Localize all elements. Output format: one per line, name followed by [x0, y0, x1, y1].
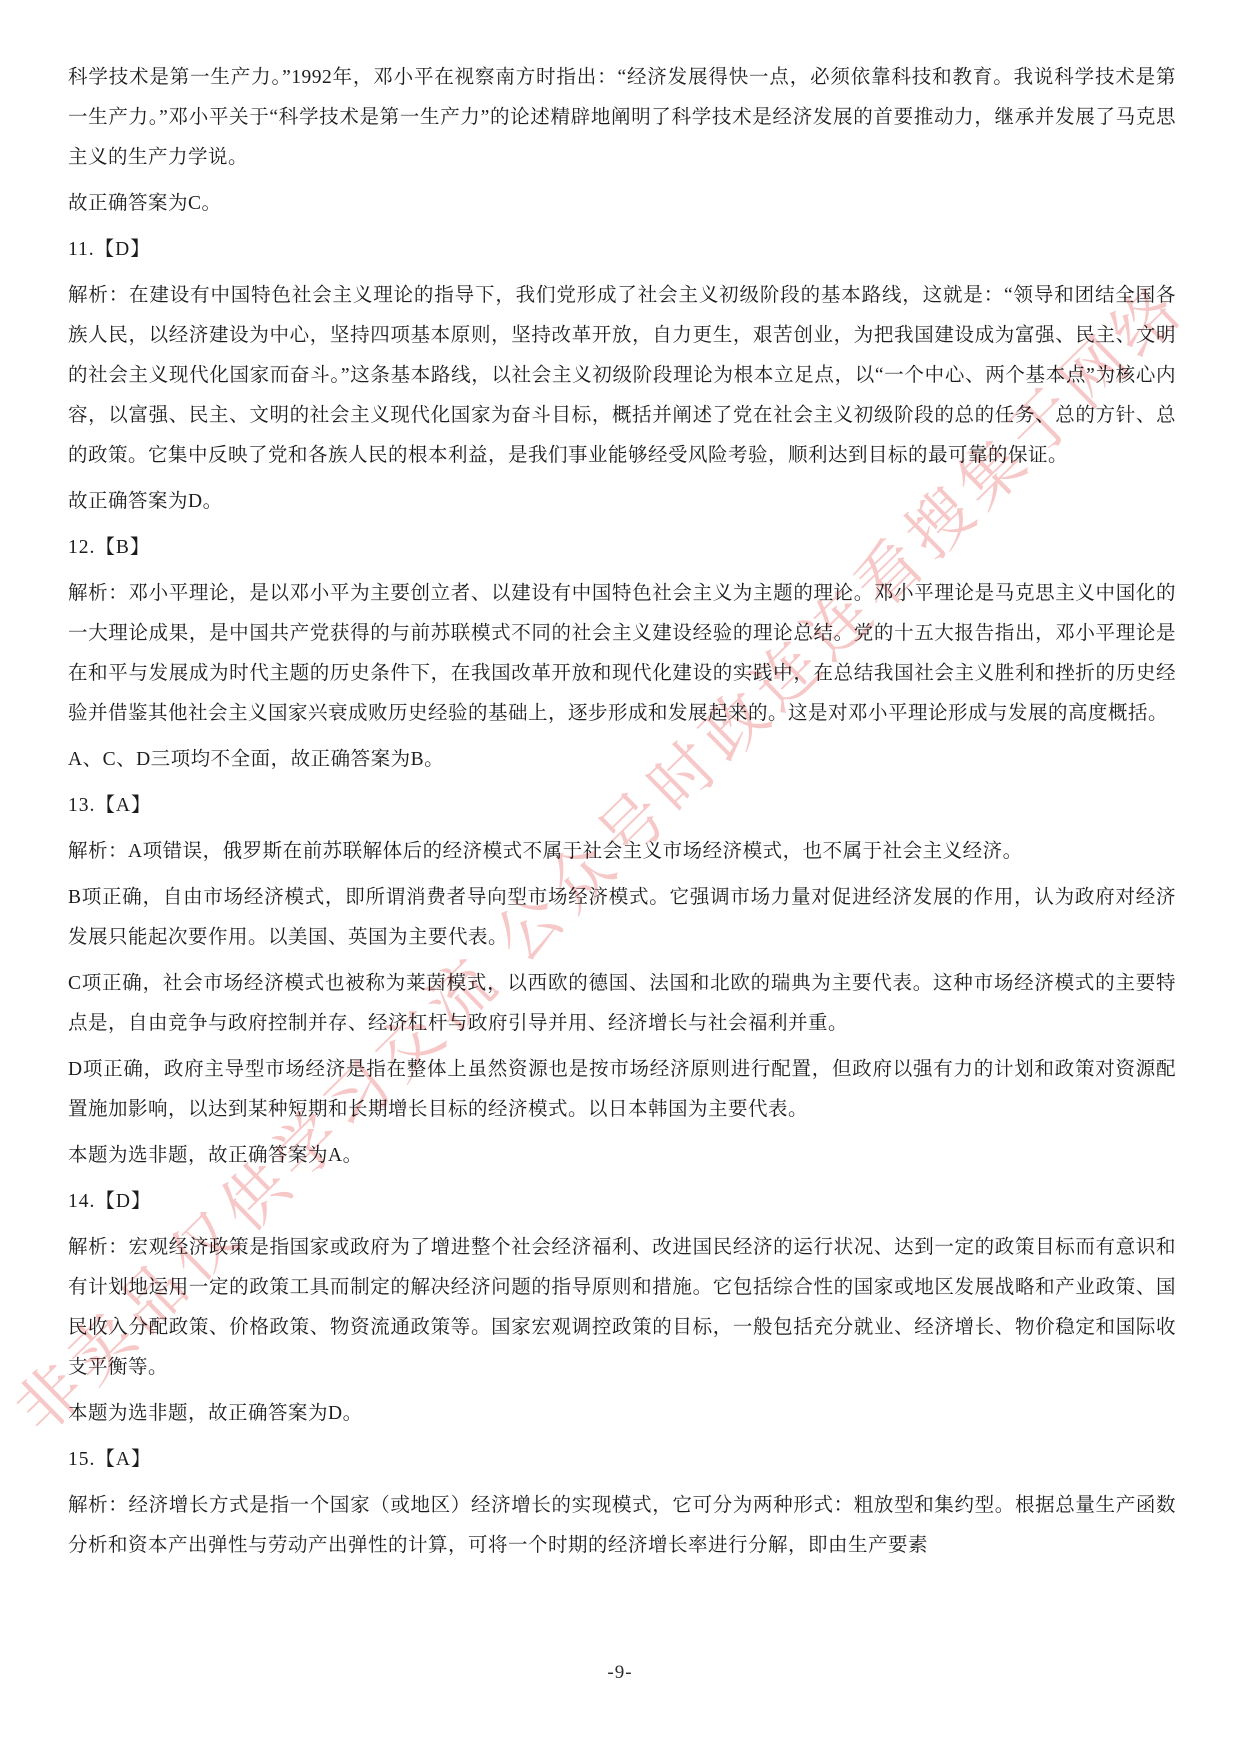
paragraph: D项正确，政府主导型市场经济是指在整体上虽然资源也是按市场经济原则进行配置，但政… — [68, 1050, 1176, 1130]
paragraph: 解析：在建设有中国特色社会主义理论的指导下，我们党形成了社会主义初级阶段的基本路… — [68, 276, 1176, 476]
paragraph: 故正确答案为C。 — [68, 184, 1176, 224]
paragraph: B项正确，自由市场经济模式，即所谓消费者导向型市场经济模式。它强调市场力量对促进… — [68, 878, 1176, 958]
answer-heading: 15.【A】 — [68, 1440, 1176, 1480]
paragraph: 本题为选非题，故正确答案为A。 — [68, 1136, 1176, 1176]
paragraph: C项正确，社会市场经济模式也被称为莱茵模式，以西欧的德国、法国和北欧的瑞典为主要… — [68, 964, 1176, 1044]
paragraph: 解析：邓小平理论，是以邓小平为主要创立者、以建设有中国特色社会主义为主题的理论。… — [68, 574, 1176, 734]
paragraph: 本题为选非题，故正确答案为D。 — [68, 1394, 1176, 1434]
answer-heading: 11.【D】 — [68, 230, 1176, 270]
document-content: 科学技术是第一生产力。”1992年，邓小平在视察南方时指出：“经济发展得快一点，… — [68, 58, 1176, 1572]
paragraph: 解析：宏观经济政策是指国家或政府为了增进整个社会经济福利、改进国民经济的运行状况… — [68, 1228, 1176, 1388]
paragraph: 解析：经济增长方式是指一个国家（或地区）经济增长的实现模式，它可分为两种形式：粗… — [68, 1486, 1176, 1566]
document-page: 非卖品仅供学习交流 公众号时政连连看搜集于网络 科学技术是第一生产力。”1992… — [0, 0, 1240, 1754]
answer-heading: 14.【D】 — [68, 1182, 1176, 1222]
paragraph: 故正确答案为D。 — [68, 482, 1176, 522]
paragraph: 科学技术是第一生产力。”1992年，邓小平在视察南方时指出：“经济发展得快一点，… — [68, 58, 1176, 178]
answer-heading: 12.【B】 — [68, 528, 1176, 568]
paragraph: 解析：A项错误，俄罗斯在前苏联解体后的经济模式不属于社会主义市场经济模式，也不属… — [68, 832, 1176, 872]
paragraph: A、C、D三项均不全面，故正确答案为B。 — [68, 740, 1176, 780]
page-number: -9- — [0, 1662, 1240, 1684]
answer-heading: 13.【A】 — [68, 786, 1176, 826]
